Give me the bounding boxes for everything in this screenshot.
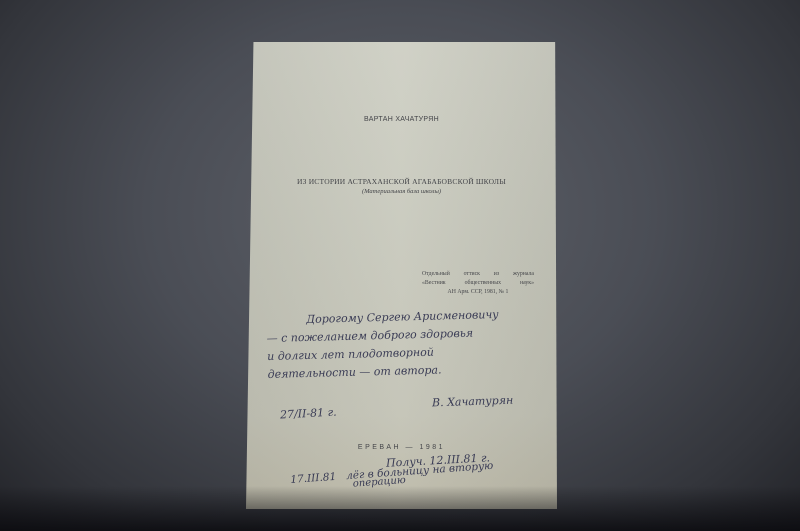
offprint-line: «Вестник общественных наук» (422, 279, 534, 288)
offprint-line: АН Арм. ССР, 1981, № 1 (422, 288, 534, 297)
handwritten-dedication: Дорогому Сергею Арисменовичу — с пожелан… (266, 306, 500, 384)
offprint-line: Отдельный оттиск из журнала (422, 270, 534, 279)
booklet-cover: ВАРТАН ХАЧАТУРЯН ИЗ ИСТОРИИ АСТРАХАНСКОЙ… (246, 42, 557, 509)
imprint-city-year: ЕРЕВАН — 1981 (246, 444, 557, 451)
document-subtitle: (Материальная база школы) (246, 188, 557, 195)
author-signature: В. Хачатурян (432, 394, 514, 410)
author-name: ВАРТАН ХАЧАТУРЯН (246, 116, 557, 123)
document-title: ИЗ ИСТОРИИ АСТРАХАНСКОЙ АГАБАБОВСКОЙ ШКО… (246, 177, 557, 186)
inscription-date: 27/II-81 г. (280, 406, 337, 422)
table-shadow (0, 486, 800, 531)
offprint-note: Отдельный оттиск из журнала «Вестник общ… (422, 270, 534, 297)
